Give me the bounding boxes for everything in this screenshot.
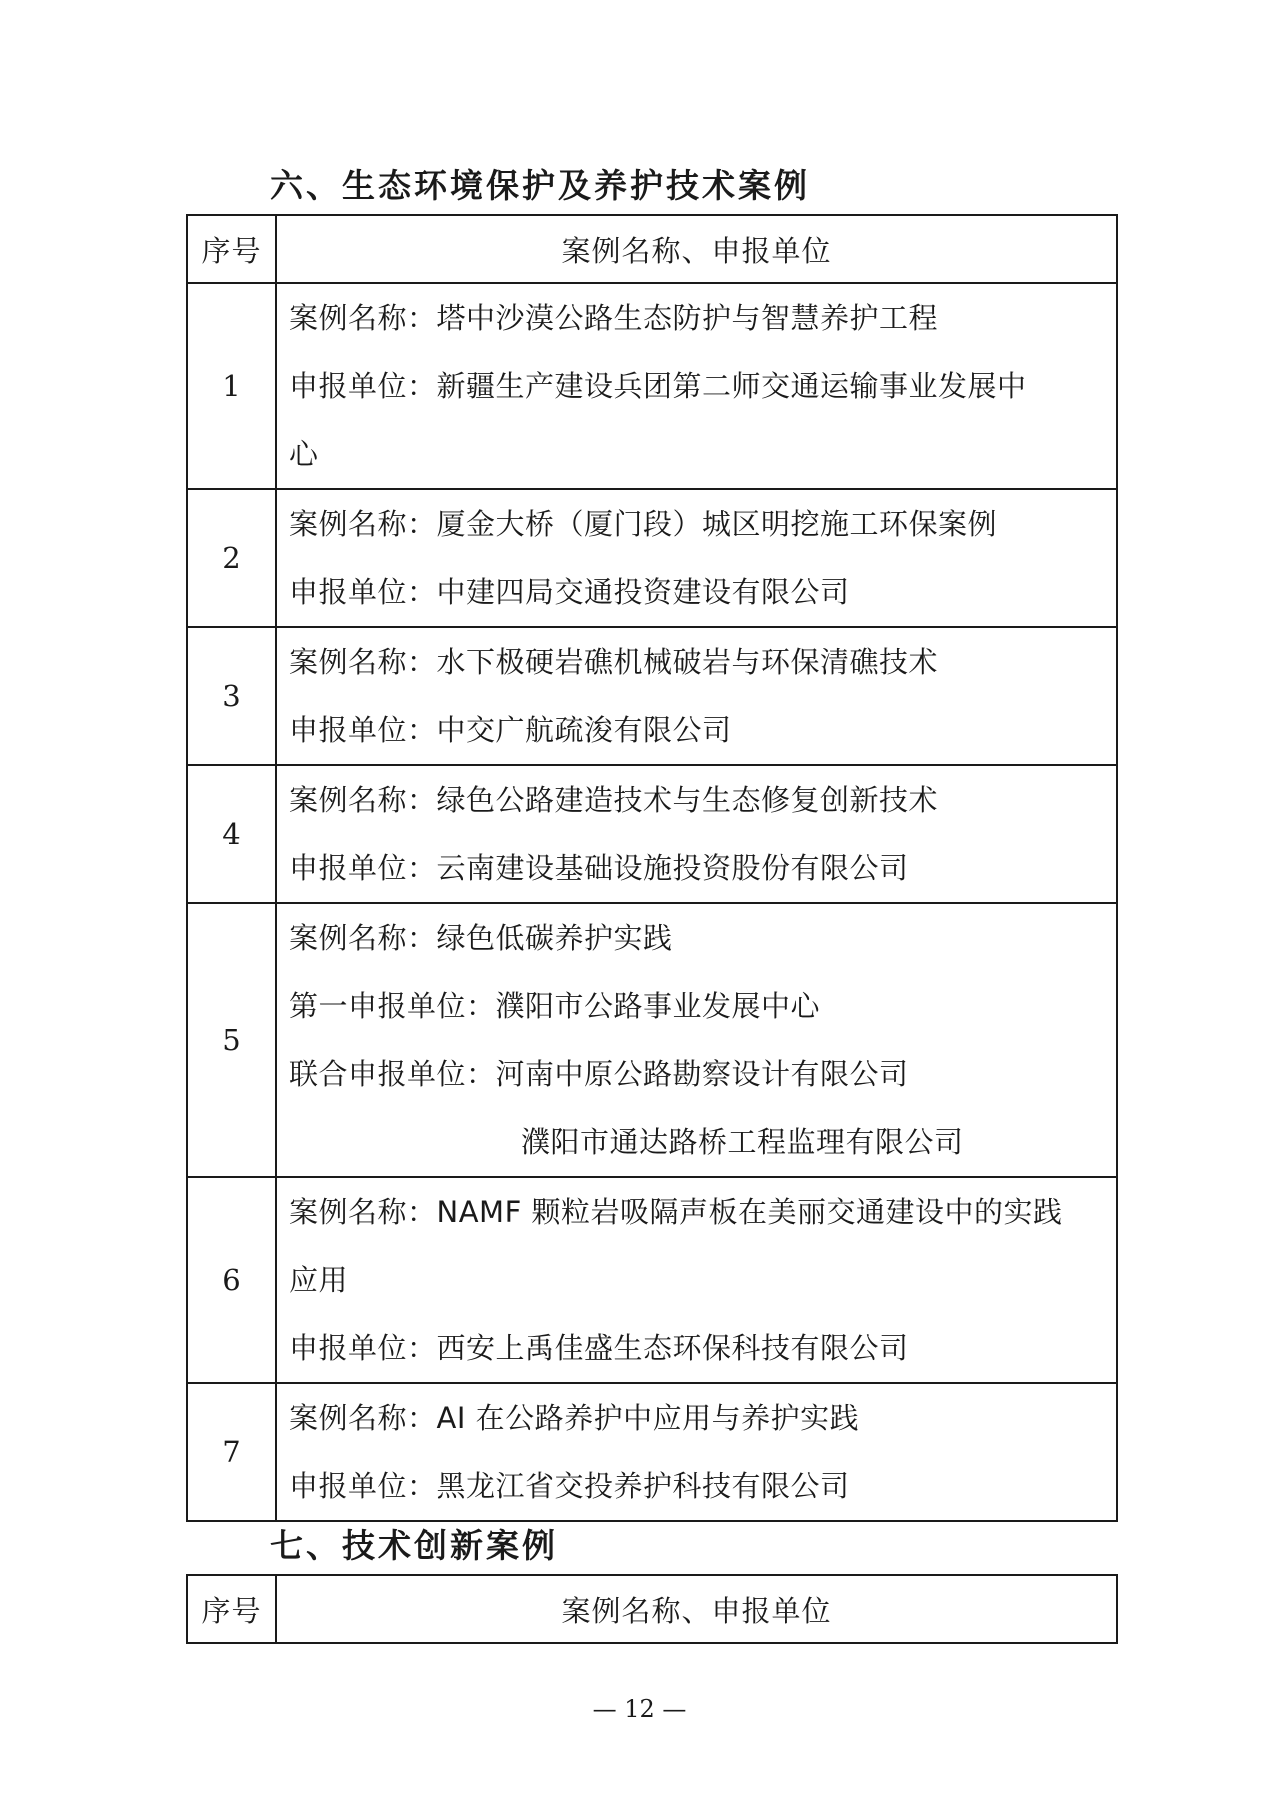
entry-line: 第一申报单位：濮阳市公路事业发展中心 (289, 972, 1108, 1040)
field-label: 案例名称： (289, 645, 437, 679)
field-value: 塔中沙漠公路生态防护与智慧养护工程 (437, 301, 939, 335)
entry-line: 申报单位：西安上禹佳盛生态环保科技有限公司 (289, 1314, 1108, 1382)
header-content: 案例名称、申报单位 (276, 215, 1117, 283)
field-label: 案例名称： (289, 921, 437, 955)
row-number: 2 (187, 489, 276, 627)
field-value: 河南中原公路勘察设计有限公司 (496, 1057, 909, 1091)
entry-line: 案例名称：AI 在公路养护中应用与养护实践 (289, 1384, 1108, 1452)
table-row: 7案例名称：AI 在公路养护中应用与养护实践申报单位：黑龙江省交投养护科技有限公… (187, 1383, 1117, 1521)
field-label: 申报单位： (289, 1331, 437, 1365)
header-no: 序号 (187, 215, 276, 283)
entry-line: 申报单位：黑龙江省交投养护科技有限公司 (289, 1452, 1108, 1520)
field-value: 绿色公路建造技术与生态修复创新技术 (437, 783, 939, 817)
field-value: AI 在公路养护中应用与养护实践 (437, 1401, 860, 1435)
field-label: 案例名称： (289, 507, 437, 541)
entry-line: 联合申报单位：河南中原公路勘察设计有限公司 (289, 1040, 1108, 1108)
field-label: 联合申报单位： (289, 1057, 496, 1091)
field-label: 申报单位： (289, 1469, 437, 1503)
table-row: 1案例名称：塔中沙漠公路生态防护与智慧养护工程申报单位：新疆生产建设兵团第二师交… (187, 283, 1117, 489)
field-value: 中建四局交通投资建设有限公司 (437, 575, 850, 609)
table-row: 4案例名称：绿色公路建造技术与生态修复创新技术申报单位：云南建设基础设施投资股份… (187, 765, 1117, 903)
entry-line-continuation: 濮阳市通达路桥工程监理有限公司 (289, 1108, 1108, 1176)
field-label: 申报单位： (289, 575, 437, 609)
entry-line: 案例名称：NAMF 颗粒岩吸隔声板在美丽交通建设中的实践 (289, 1178, 1108, 1246)
table-row: 5案例名称：绿色低碳养护实践第一申报单位：濮阳市公路事业发展中心联合申报单位：河… (187, 903, 1117, 1177)
field-value: 云南建设基础设施投资股份有限公司 (437, 851, 909, 885)
table-row: 6案例名称：NAMF 颗粒岩吸隔声板在美丽交通建设中的实践应用申报单位：西安上禹… (187, 1177, 1117, 1383)
section-6-table: 序号 案例名称、申报单位 1案例名称：塔中沙漠公路生态防护与智慧养护工程申报单位… (186, 214, 1118, 1522)
field-label: 申报单位： (289, 369, 437, 403)
field-value: 水下极硬岩礁机械破岩与环保清礁技术 (437, 645, 939, 679)
entry-line: 申报单位：中交广航疏浚有限公司 (289, 696, 1108, 764)
row-number: 4 (187, 765, 276, 903)
section-6-title: 六、生态环境保护及养护技术案例 (270, 160, 810, 207)
entry-line: 申报单位：新疆生产建设兵团第二师交通运输事业发展中 (289, 352, 1108, 420)
row-number: 6 (187, 1177, 276, 1383)
entry-line: 申报单位：中建四局交通投资建设有限公司 (289, 558, 1108, 626)
field-label: 案例名称： (289, 1195, 437, 1229)
header-content: 案例名称、申报单位 (276, 1575, 1117, 1643)
row-number: 5 (187, 903, 276, 1177)
entry-line: 申报单位：云南建设基础设施投资股份有限公司 (289, 834, 1108, 902)
page-number: — 12 — (0, 1695, 1279, 1723)
field-value: 黑龙江省交投养护科技有限公司 (437, 1469, 850, 1503)
field-label: 第一申报单位： (289, 989, 496, 1023)
field-value: 应用 (289, 1263, 348, 1297)
field-value: 濮阳市通达路桥工程监理有限公司 (521, 1125, 964, 1159)
field-label: 案例名称： (289, 783, 437, 817)
field-value: 濮阳市公路事业发展中心 (496, 989, 821, 1023)
row-number: 1 (187, 283, 276, 489)
field-label: 申报单位： (289, 713, 437, 747)
row-content: 案例名称：AI 在公路养护中应用与养护实践申报单位：黑龙江省交投养护科技有限公司 (276, 1383, 1117, 1521)
section-7-table: 序号 案例名称、申报单位 (186, 1574, 1118, 1644)
row-number: 7 (187, 1383, 276, 1521)
field-value: 中交广航疏浚有限公司 (437, 713, 732, 747)
row-content: 案例名称：绿色低碳养护实践第一申报单位：濮阳市公路事业发展中心联合申报单位：河南… (276, 903, 1117, 1177)
section-7-title: 七、技术创新案例 (270, 1520, 558, 1567)
section-6-table-body: 1案例名称：塔中沙漠公路生态防护与智慧养护工程申报单位：新疆生产建设兵团第二师交… (187, 283, 1117, 1521)
header-no: 序号 (187, 1575, 276, 1643)
row-content: 案例名称：塔中沙漠公路生态防护与智慧养护工程申报单位：新疆生产建设兵团第二师交通… (276, 283, 1117, 489)
field-value: 厦金大桥（厦门段）城区明挖施工环保案例 (437, 507, 998, 541)
entry-line: 案例名称：绿色公路建造技术与生态修复创新技术 (289, 766, 1108, 834)
table-header-row: 序号 案例名称、申报单位 (187, 215, 1117, 283)
row-content: 案例名称：水下极硬岩礁机械破岩与环保清礁技术申报单位：中交广航疏浚有限公司 (276, 627, 1117, 765)
entry-line: 案例名称：水下极硬岩礁机械破岩与环保清礁技术 (289, 628, 1108, 696)
field-value: 西安上禹佳盛生态环保科技有限公司 (437, 1331, 909, 1365)
entry-line-continuation: 心 (289, 420, 1108, 488)
entry-line-continuation: 应用 (289, 1246, 1108, 1314)
row-content: 案例名称：厦金大桥（厦门段）城区明挖施工环保案例申报单位：中建四局交通投资建设有… (276, 489, 1117, 627)
field-label: 案例名称： (289, 301, 437, 335)
row-content: 案例名称：NAMF 颗粒岩吸隔声板在美丽交通建设中的实践应用申报单位：西安上禹佳… (276, 1177, 1117, 1383)
field-label: 申报单位： (289, 851, 437, 885)
field-value: NAMF 颗粒岩吸隔声板在美丽交通建设中的实践 (437, 1195, 1063, 1229)
entry-line: 案例名称：塔中沙漠公路生态防护与智慧养护工程 (289, 284, 1108, 352)
field-value: 心 (289, 437, 319, 471)
entry-line: 案例名称：厦金大桥（厦门段）城区明挖施工环保案例 (289, 490, 1108, 558)
table-row: 2案例名称：厦金大桥（厦门段）城区明挖施工环保案例申报单位：中建四局交通投资建设… (187, 489, 1117, 627)
table-header-row: 序号 案例名称、申报单位 (187, 1575, 1117, 1643)
row-number: 3 (187, 627, 276, 765)
table-row: 3案例名称：水下极硬岩礁机械破岩与环保清礁技术申报单位：中交广航疏浚有限公司 (187, 627, 1117, 765)
field-value: 绿色低碳养护实践 (437, 921, 673, 955)
entry-line: 案例名称：绿色低碳养护实践 (289, 904, 1108, 972)
field-value: 新疆生产建设兵团第二师交通运输事业发展中 (437, 369, 1027, 403)
field-label: 案例名称： (289, 1401, 437, 1435)
row-content: 案例名称：绿色公路建造技术与生态修复创新技术申报单位：云南建设基础设施投资股份有… (276, 765, 1117, 903)
